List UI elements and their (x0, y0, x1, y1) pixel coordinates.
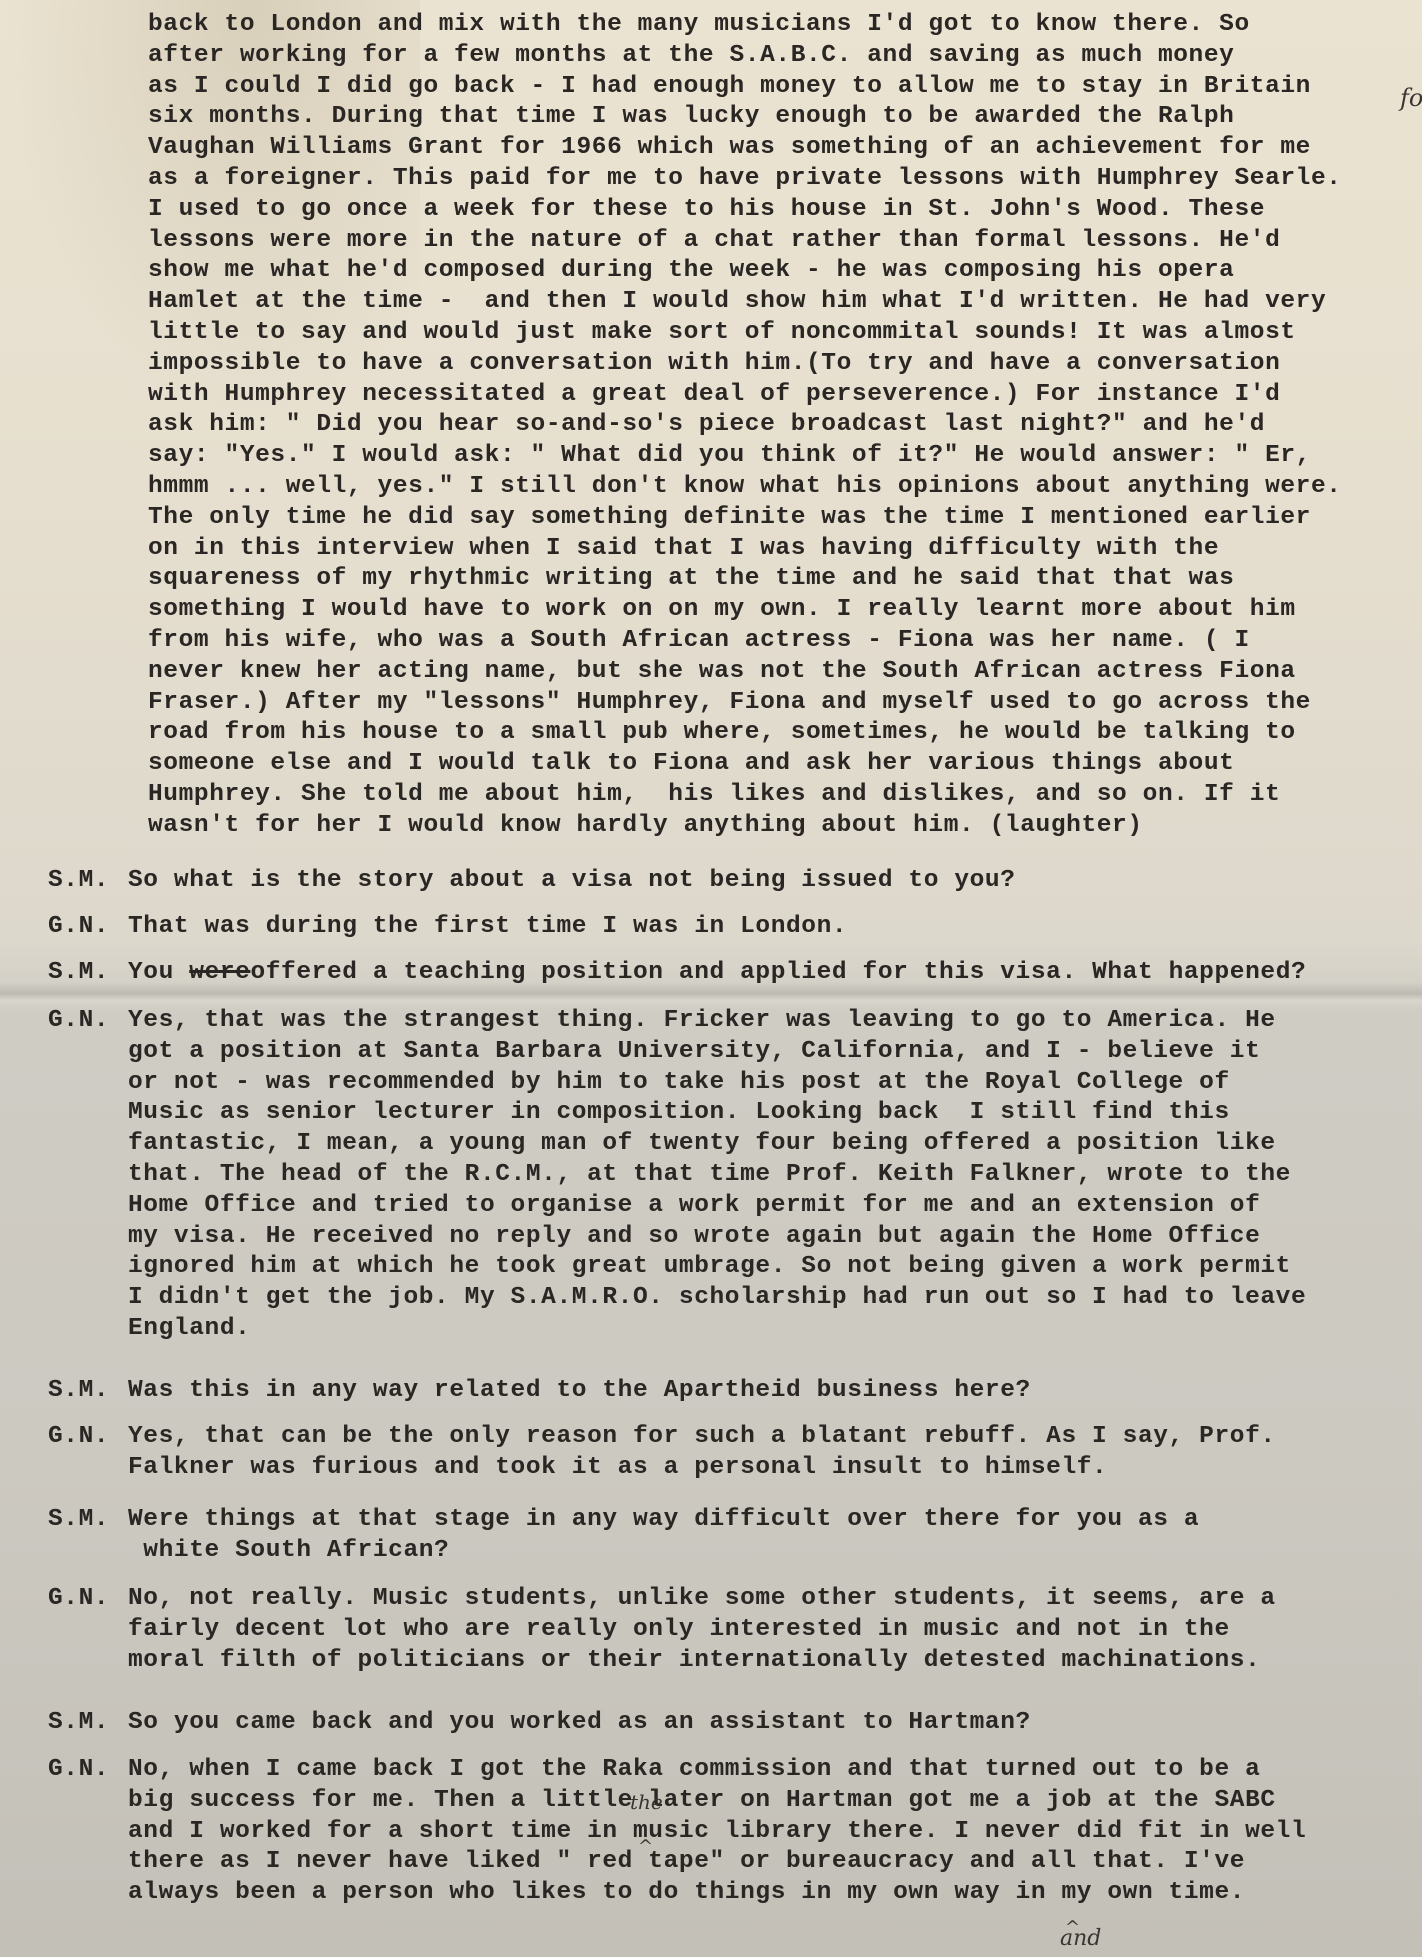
paragraph-line: never knew her acting name, but she was … (148, 657, 1296, 687)
speaker-label: G.N. (48, 1006, 109, 1036)
speech-line: Home Office and tried to organise a work… (128, 1191, 1260, 1221)
speaker-label: G.N. (48, 1584, 109, 1614)
speaker-label: S.M. (48, 958, 109, 988)
handwritten-insertion-the: the (630, 1790, 663, 1814)
speech-line: ignored him at which he took great umbra… (128, 1252, 1291, 1282)
paragraph-line: from his wife, who was a South African a… (148, 626, 1250, 656)
paragraph-line: show me what he'd composed during the we… (148, 256, 1234, 286)
speech-line: there as I never have liked " red tape" … (128, 1847, 1245, 1877)
paragraph-line: little to say and would just make sort o… (148, 318, 1296, 348)
paragraph-line: Vaughan Williams Grant for 1966 which wa… (148, 133, 1311, 163)
speech-line: fairly decent lot who are really only in… (128, 1615, 1230, 1645)
speech-line: Were things at that stage in any way dif… (128, 1505, 1199, 1535)
paragraph-line: as I could I did go back - I had enough … (148, 72, 1311, 102)
speech-line: that. The head of the R.C.M., at that ti… (128, 1160, 1291, 1190)
paragraph-line: impossible to have a conversation with h… (148, 349, 1280, 379)
paragraph-line: lessons were more in the nature of a cha… (148, 226, 1280, 256)
paragraph-line: wasn't for her I would know hardly anyth… (148, 811, 1143, 841)
speech-line: So you came back and you worked as an as… (128, 1708, 1031, 1738)
speech-line: England. (128, 1314, 250, 1344)
paragraph-line: with Humphrey necessitated a great deal … (148, 380, 1280, 410)
caret-mark: ^ (638, 1836, 653, 1857)
paragraph-line: ask him: " Did you hear so-and-so's piec… (148, 410, 1265, 440)
speaker-label: S.M. (48, 1376, 109, 1406)
speech-line: fantastic, I mean, a young man of twenty… (128, 1129, 1276, 1159)
paragraph-line: something I would have to work on on my … (148, 595, 1296, 625)
speech-line: my visa. He received no reply and so wro… (128, 1222, 1260, 1252)
paragraph-line: hmmm ... well, yes." I still don't know … (148, 472, 1342, 502)
paragraph-line: Humphrey. She told me about him, his lik… (148, 780, 1280, 810)
speech-line: Yes, that can be the only reason for suc… (128, 1422, 1276, 1452)
speech-line: So what is the story about a visa not be… (128, 866, 1016, 896)
speech-line: Music as senior lecturer in composition.… (128, 1098, 1230, 1128)
paragraph-line: Hamlet at the time - and then I would sh… (148, 287, 1326, 317)
speech-line: No, not really. Music students, unlike s… (128, 1584, 1276, 1614)
speech-line: moral filth of politicians or their inte… (128, 1646, 1260, 1676)
handwritden-insertion-and: and (1060, 1926, 1101, 1951)
speech-line: white South African? (128, 1536, 449, 1566)
paragraph-line: I used to go once a week for these to hi… (148, 195, 1265, 225)
paragraph-line: on in this interview when I said that I … (148, 534, 1219, 564)
paragraph-line: road from his house to a small pub where… (148, 718, 1296, 748)
speaker-label: S.M. (48, 1505, 109, 1535)
speech-line: and I worked for a short time in music l… (128, 1817, 1306, 1847)
speech-line: Was this in any way related to the Apart… (128, 1376, 1031, 1406)
paragraph-line: The only time he did say something defin… (148, 503, 1311, 533)
speaker-label: S.M. (48, 866, 109, 896)
speaker-label: G.N. (48, 912, 109, 942)
paragraph-line: after working for a few months at the S.… (148, 41, 1234, 71)
paragraph-line: as a foreigner. This paid for me to have… (148, 164, 1342, 194)
paragraph-line: say: "Yes." I would ask: " What did you … (148, 441, 1311, 471)
paragraph-line: someone else and I would talk to Fiona a… (148, 749, 1234, 779)
speech-line: big success for me. Then a little later … (128, 1786, 1276, 1816)
paragraph-line: back to London and mix with the many mus… (148, 10, 1250, 40)
speaker-label: G.N. (48, 1422, 109, 1452)
paragraph-line: Fraser.) After my "lessons" Humphrey, Fi… (148, 688, 1311, 718)
speech-line: Falkner was furious and took it as a per… (128, 1453, 1107, 1483)
speaker-label: G.N. (48, 1755, 109, 1785)
struck-word: were (189, 959, 250, 986)
margin-annotation: fo (1400, 84, 1422, 112)
speech-line: No, when I came back I got the Raka comm… (128, 1755, 1260, 1785)
speech-line: I didn't get the job. My S.A.M.R.O. scho… (128, 1283, 1306, 1313)
speech-line: got a position at Santa Barbara Universi… (128, 1037, 1260, 1067)
speech-line: Yes, that was the strangest thing. Frick… (128, 1006, 1276, 1036)
speech-line: always been a person who likes to do thi… (128, 1878, 1245, 1908)
speech-line: That was during the first time I was in … (128, 912, 847, 942)
speaker-label: S.M. (48, 1708, 109, 1738)
paragraph-line: six months. During that time I was lucky… (148, 102, 1234, 132)
speech-line: or not - was recommended by him to take … (128, 1068, 1230, 1098)
paragraph-line: squareness of my rhythmic writing at the… (148, 564, 1234, 594)
speech-line: You wereoffered a teaching position and … (128, 958, 1306, 988)
